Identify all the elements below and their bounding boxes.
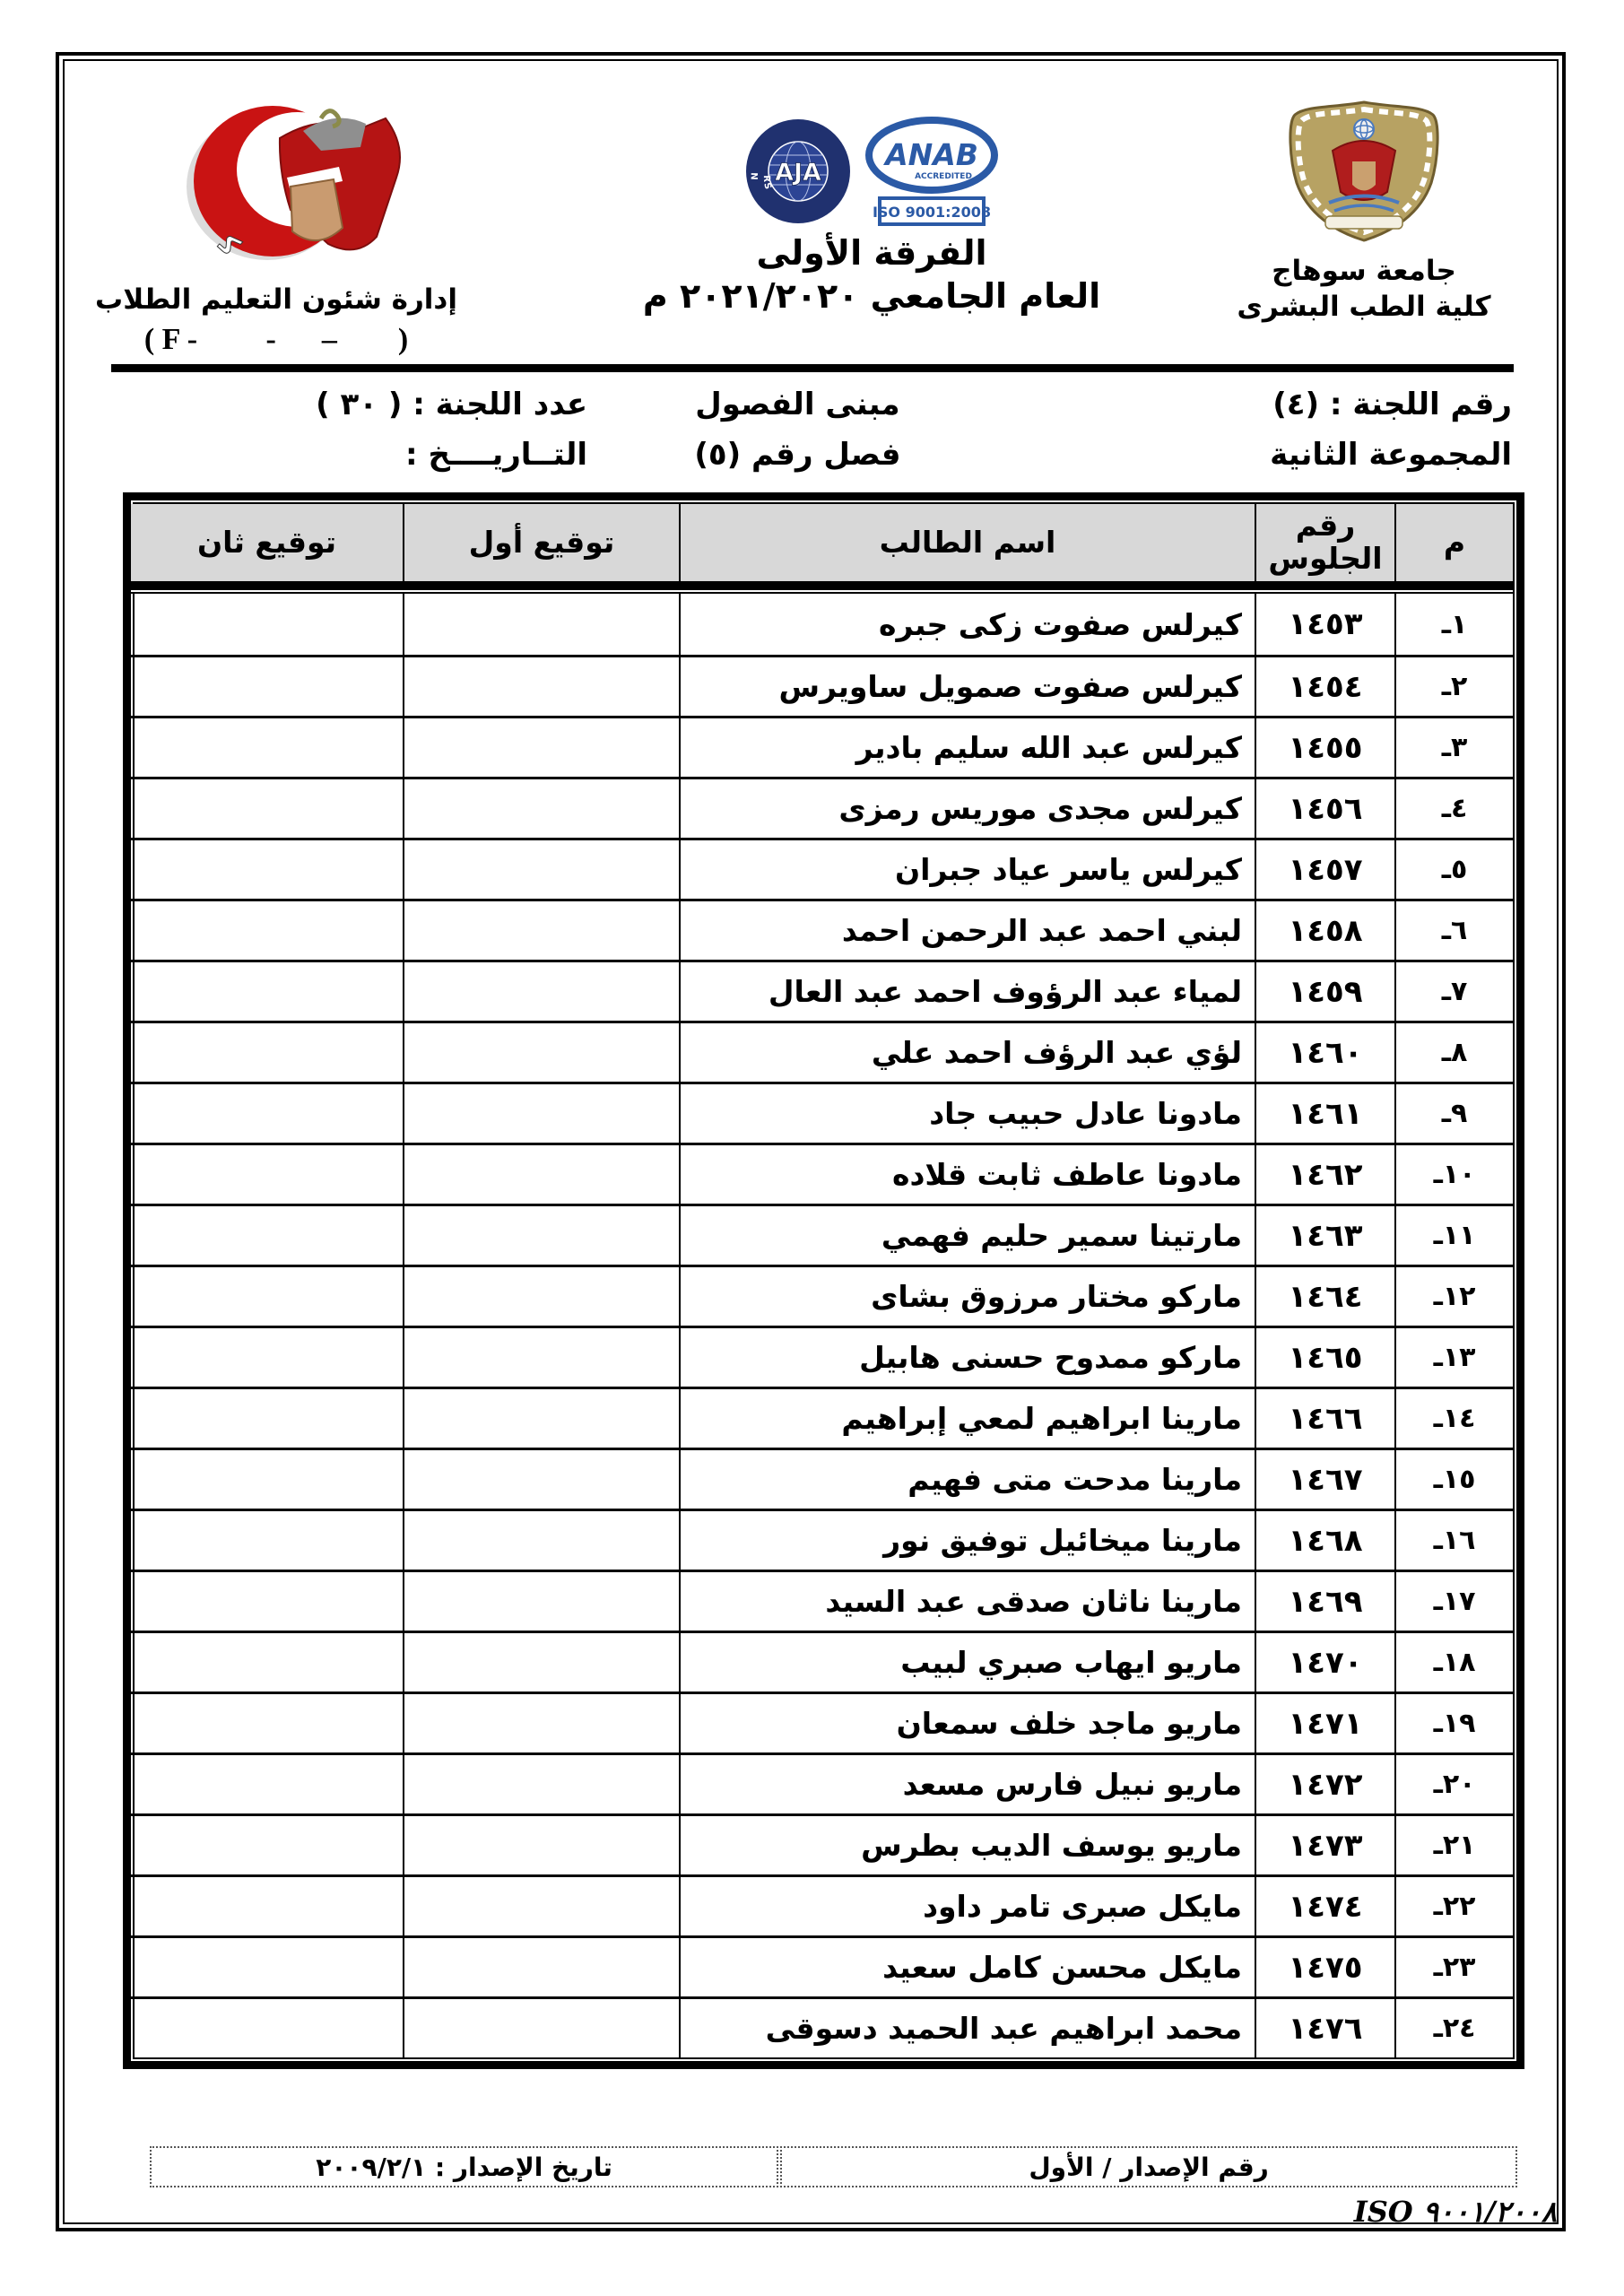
first-signature-cell (403, 1692, 679, 1752)
second-signature-cell (131, 1996, 403, 2057)
seat-number-cell: ١٤٥٨ (1255, 899, 1394, 960)
student-name-cell: كيرلس صفوت زكى جبره (679, 594, 1255, 655)
university-name: جامعة سوهاج (1272, 255, 1456, 287)
seat-number-cell: ١٤٥٦ (1255, 777, 1394, 838)
students-table-frame-inner: م رقم الجلوس اسم الطالب توقيع أول توقيع … (133, 502, 1515, 2059)
academic-year-title: العام الجامعي ٢٠٢١/٢٠٢٠ م (643, 276, 1100, 316)
anab-iso-logo: ANAB ACCREDITED ISO 9001:2008 (864, 116, 999, 227)
first-signature-cell (403, 1509, 679, 1570)
first-signature-cell (403, 1631, 679, 1692)
footer-boxes: رقم الإصدار / الأول تاريخ الإصدار : ٢٠٠٩… (150, 2146, 1517, 2187)
first-signature-cell (403, 1204, 679, 1265)
student-name-cell: كيرلس صفوت صمويل ساويرس (679, 655, 1255, 716)
row-index-cell: ٢١ـ (1394, 1813, 1513, 1874)
student-name-cell: ماركو ممدوح حسنى هابيل (679, 1326, 1255, 1387)
first-signature-cell (403, 1996, 679, 2057)
column-header-first-signature: توقيع أول (403, 504, 679, 581)
row-index-cell: ١ـ (1394, 594, 1513, 655)
student-name-cell: مارينا ميخائيل توفيق نور (679, 1509, 1255, 1570)
seat-number-cell: ١٤٧٢ (1255, 1752, 1394, 1813)
iso-certification-line: ISO ٩٠٠١/٢٠٠٨ (1354, 2195, 1557, 2224)
header-right-block: جامعة سوهاج كلية الطب البشرى (1171, 61, 1557, 364)
first-signature-cell (403, 960, 679, 1021)
row-index-cell: ٢٣ـ (1394, 1935, 1513, 1996)
seat-number-cell: ١٤٥٥ (1255, 716, 1394, 777)
anab-accredited-text: ACCREDITED (915, 172, 972, 181)
crescent-pharaoh-face (291, 179, 343, 240)
page-border-frame: جامعة سوهاج كلية الطب البشرى ANAB ACCRED… (56, 52, 1566, 2231)
student-name-cell: مارينا ابراهيم لمعي إبراهيم (679, 1387, 1255, 1448)
first-signature-cell (403, 716, 679, 777)
seat-number-cell: ١٤٦٣ (1255, 1204, 1394, 1265)
class-number: فصل رقم (٥) (587, 430, 1008, 480)
svg-text:جامعة سوهاج: جامعة سوهاج (145, 95, 159, 102)
first-signature-cell (403, 1752, 679, 1813)
row-index-cell: ١٩ـ (1394, 1692, 1513, 1752)
student-name-cell: كيرلس عبد الله سليم بادير (679, 716, 1255, 777)
faculty-name: كلية الطب البشرى (1237, 291, 1490, 323)
table-header-separator (131, 581, 1513, 594)
header-center-block: ANAB ACCREDITED ISO 9001:2008 (572, 61, 1171, 364)
second-signature-cell (131, 838, 403, 899)
row-index-cell: ٦ـ (1394, 899, 1513, 960)
committee-number: رقم اللجنة : (٤) (1008, 379, 1512, 430)
seat-number-cell: ١٤٥٧ (1255, 838, 1394, 899)
issue-date-box: تاريخ الإصدار : ٢٠٠٩/٢/١ (150, 2146, 778, 2187)
second-signature-cell (131, 1021, 403, 1082)
student-name-cell: مايكل صبرى تامر داود (679, 1874, 1255, 1935)
second-signature-cell (131, 1570, 403, 1631)
seat-number-cell: ١٤٦٥ (1255, 1326, 1394, 1387)
student-name-cell: مايكل محسن كامل سعيد (679, 1935, 1255, 1996)
crescent-top-text: جامعة سوهاج (145, 95, 159, 102)
seat-number-cell: ١٤٧٦ (1255, 1996, 1394, 2057)
row-index-cell: ٢٢ـ (1394, 1874, 1513, 1935)
second-signature-cell (131, 655, 403, 716)
student-name-cell: لؤي عبد الرؤف احمد علي (679, 1021, 1255, 1082)
first-signature-cell (403, 1813, 679, 1874)
second-signature-cell (131, 1813, 403, 1874)
group-name: المجموعة الثانية (1008, 430, 1512, 480)
seat-number-cell: ١٤٥٩ (1255, 960, 1394, 1021)
row-index-cell: ٣ـ (1394, 716, 1513, 777)
sohag-university-shield-logo (1279, 97, 1449, 244)
second-signature-cell (131, 1082, 403, 1143)
first-signature-cell (403, 899, 679, 960)
second-signature-cell (131, 1387, 403, 1448)
row-index-cell: ٨ـ (1394, 1021, 1513, 1082)
department-name: إدارة شئون التعليم الطلاب (95, 283, 457, 316)
first-signature-cell (403, 1082, 679, 1143)
row-index-cell: ١٢ـ (1394, 1265, 1513, 1326)
seat-number-cell: ١٤٧٠ (1255, 1631, 1394, 1692)
row-index-cell: ١٣ـ (1394, 1326, 1513, 1387)
committee-count: عدد اللجنة : ( ٣٠ ) (111, 379, 587, 430)
row-index-cell: ١٧ـ (1394, 1570, 1513, 1631)
students-table: م رقم الجلوس اسم الطالب توقيع أول توقيع … (135, 504, 1513, 2057)
row-index-cell: ٧ـ (1394, 960, 1513, 1021)
student-name-cell: ماريو ايهاب صبري لبيب (679, 1631, 1255, 1692)
first-signature-cell (403, 1326, 679, 1387)
student-name-cell: كيرلس مجدى موريس رمزى (679, 777, 1255, 838)
student-name-cell: مادونا عادل حبيب جاد (679, 1082, 1255, 1143)
row-index-cell: ٤ـ (1394, 777, 1513, 838)
seat-number-cell: ١٤٦٤ (1255, 1265, 1394, 1326)
student-name-cell: لمياء عبد الرؤوف احمد عبد العال (679, 960, 1255, 1021)
first-signature-cell (403, 1570, 679, 1631)
column-header-second-signature: توقيع ثان (131, 504, 403, 581)
seat-number-cell: ١٤٦٢ (1255, 1143, 1394, 1204)
seat-number-cell: ١٤٧٥ (1255, 1935, 1394, 1996)
second-signature-cell (131, 960, 403, 1021)
second-signature-cell (131, 777, 403, 838)
row-index-cell: ١٤ـ (1394, 1387, 1513, 1448)
exam-info-section: رقم اللجنة : (٤) مبنى الفصول عدد اللجنة … (111, 379, 1512, 480)
row-index-cell: ٢٠ـ (1394, 1752, 1513, 1813)
row-index-cell: ٢٤ـ (1394, 1996, 1513, 2057)
anab-logo-text: ANAB (882, 137, 978, 172)
seat-number-cell: ١٤٥٣ (1255, 594, 1394, 655)
student-name-cell: ماريو ماجد خلف سمعان (679, 1692, 1255, 1752)
student-name-cell: مارينا مدحت متى فهيم (679, 1448, 1255, 1509)
aja-logo-text: AJA (775, 159, 821, 187)
student-name-cell: ماريو يوسف الديب بطرس (679, 1813, 1255, 1874)
seat-number-cell: ١٤٧١ (1255, 1692, 1394, 1752)
building-name: مبنى الفصول (587, 379, 1008, 430)
student-name-cell: لبني احمد عبد الرحمن احمد (679, 899, 1255, 960)
student-name-cell: مارتينا سمير حليم فهمي (679, 1204, 1255, 1265)
row-index-cell: ١٥ـ (1394, 1448, 1513, 1509)
first-signature-cell (403, 1387, 679, 1448)
second-signature-cell (131, 1509, 403, 1570)
page-header: جامعة سوهاج كلية الطب البشرى ANAB ACCRED… (63, 61, 1557, 364)
second-signature-cell (131, 1631, 403, 1692)
second-signature-cell (131, 1326, 403, 1387)
second-signature-cell (131, 1935, 403, 1996)
seat-number-cell: ١٤٦٨ (1255, 1509, 1394, 1570)
seat-number-cell: ١٤٦٦ (1255, 1387, 1394, 1448)
column-header-student-name: اسم الطالب (679, 504, 1255, 581)
students-table-frame: م رقم الجلوس اسم الطالب توقيع أول توقيع … (123, 492, 1524, 2069)
row-index-cell: ١١ـ (1394, 1204, 1513, 1265)
second-signature-cell (131, 1874, 403, 1935)
student-name-cell: ماركو مختار مرزوق بشاى (679, 1265, 1255, 1326)
first-signature-cell (403, 1448, 679, 1509)
first-signature-cell (403, 838, 679, 899)
first-signature-cell (403, 1874, 679, 1935)
first-signature-cell (403, 1265, 679, 1326)
second-signature-cell (131, 594, 403, 655)
header-separator-line (111, 364, 1514, 372)
row-index-cell: ٢ـ (1394, 655, 1513, 716)
issue-number-box: رقم الإصدار / الأول (780, 2146, 1517, 2187)
row-index-cell: ١٨ـ (1394, 1631, 1513, 1692)
seat-number-cell: ١٤٦٠ (1255, 1021, 1394, 1082)
first-signature-cell (403, 777, 679, 838)
seat-number-cell: ١٤٦٩ (1255, 1570, 1394, 1631)
shield-atom-emblem (1354, 119, 1374, 139)
student-name-cell: محمد ابراهيم عبد الحميد دسوقى (679, 1996, 1255, 2057)
sohag-medicine-crescent-logo: جامعة سوهاج كلية الطب (145, 95, 407, 262)
student-name-cell: مارينا ناثان صدقى عبد السيد (679, 1570, 1255, 1631)
first-signature-cell (403, 655, 679, 716)
column-header-seat-number: رقم الجلوس (1255, 504, 1394, 581)
second-signature-cell (131, 1752, 403, 1813)
first-signature-cell (403, 594, 679, 655)
form-code: ( F - - – ) (144, 323, 408, 357)
row-index-cell: ١٦ـ (1394, 1509, 1513, 1570)
second-signature-cell (131, 1692, 403, 1752)
student-name-cell: ماريو نبيل فارس مسعد (679, 1752, 1255, 1813)
second-signature-cell (131, 1265, 403, 1326)
seat-number-cell: ١٤٧٤ (1255, 1874, 1394, 1935)
second-signature-cell (131, 1448, 403, 1509)
seat-number-cell: ١٤٧٣ (1255, 1813, 1394, 1874)
seat-number-cell: ١٤٦٧ (1255, 1448, 1394, 1509)
first-signature-cell (403, 1021, 679, 1082)
seat-number-cell: ١٤٦١ (1255, 1082, 1394, 1143)
seat-number-cell: ١٤٥٤ (1255, 655, 1394, 716)
row-index-cell: ٥ـ (1394, 838, 1513, 899)
header-left-block: جامعة سوهاج كلية الطب إدارة شئون التعليم… (63, 61, 572, 364)
first-signature-cell (403, 1143, 679, 1204)
second-signature-cell (131, 1204, 403, 1265)
second-signature-cell (131, 716, 403, 777)
document-page: جامعة سوهاج كلية الطب البشرى ANAB ACCRED… (0, 0, 1624, 2296)
row-index-cell: ٩ـ (1394, 1082, 1513, 1143)
column-header-index: م (1394, 504, 1513, 581)
second-signature-cell (131, 899, 403, 960)
row-index-cell: ١٠ـ (1394, 1143, 1513, 1204)
date-label: التــاريــــخ : (111, 430, 587, 480)
second-signature-cell (131, 1143, 403, 1204)
aja-registrars-logo: ANGLO JAPANESE AMERICAN AJA REGISTRARS (744, 117, 852, 225)
grade-title: الفرقة الأولى (756, 233, 986, 273)
first-signature-cell (403, 1935, 679, 1996)
student-name-cell: كيرلس ياسر عياد جبران (679, 838, 1255, 899)
certification-logos: ANAB ACCREDITED ISO 9001:2008 (744, 115, 999, 228)
student-name-cell: مادونا عاطف ثابت قلاده (679, 1143, 1255, 1204)
iso-9001-text: ISO 9001:2008 (873, 204, 991, 221)
page-border-frame-inner: جامعة سوهاج كلية الطب البشرى ANAB ACCRED… (63, 59, 1559, 2224)
